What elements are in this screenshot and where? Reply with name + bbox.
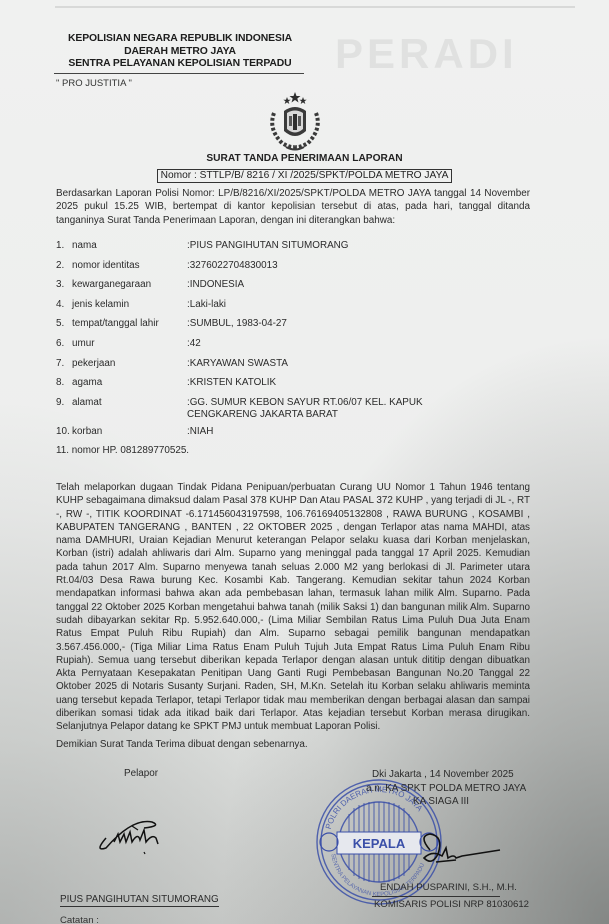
field-row: 8.agama:KRISTEN KATOLIK (56, 377, 556, 397)
document-page: PERADI KEPOLISIAN NEGARA REPUBLIK INDONE… (0, 0, 609, 924)
watermark-showthrough: PERADI (335, 30, 595, 90)
place-date: Dki Jakarta , 14 November 2025 (372, 769, 602, 780)
paper-edge (55, 6, 575, 8)
signatory-position-1: a.n. KA SPKT POLDA METRO JAYA (366, 783, 596, 794)
field-row: 3.kewarganegaraan:INDONESIA (56, 279, 556, 299)
officer-name: ENDAH PUSPARINI, S.H., M.H. (380, 882, 517, 893)
field-row: 6.umur:42 (56, 338, 556, 358)
field-row: 10.korban:NIAH (56, 426, 556, 446)
reporter-signature-icon (92, 812, 178, 858)
field-row: 1.nama:PIUS PANGIHUTAN SITUMORANG (56, 240, 556, 260)
police-emblem-icon (262, 91, 328, 153)
pro-justitia-label: " PRO JUSTITIA " (56, 78, 132, 89)
signatory-position-2: KA SIAGA III (413, 796, 609, 807)
field-row: 5.tempat/tanggal lahir:SUMBUL, 1983-04-2… (56, 318, 556, 338)
incident-narrative: Telah melaporkan dugaan Tindak Pidana Pe… (56, 481, 530, 734)
closing-statement: Demikian Surat Tanda Terima dibuat denga… (56, 739, 308, 750)
field-row: 9.alamat:GG. SUMUR KEBON SAYUR RT.06/07 … (56, 397, 556, 426)
letterhead-divider (54, 73, 304, 74)
letterhead: KEPOLISIAN NEGARA REPUBLIK INDONESIA DAE… (54, 33, 306, 71)
officer-name-underline (372, 896, 500, 897)
reporter-label: Pelapor (124, 768, 158, 779)
phone-number-row: 11. nomor HP. 081289770525. (56, 445, 556, 465)
document-number: Nomor : STTLP/B/ 8216 / XI /2025/SPKT/PO… (157, 169, 453, 183)
field-row: 4.jenis kelamin:Laki-laki (56, 299, 556, 319)
document-title: SURAT TANDA PENERIMAAN LAPORAN (0, 153, 609, 164)
notes-label: Catatan : (60, 915, 99, 924)
intro-paragraph: Berdasarkan Laporan Polisi Nomor: LP/B/8… (56, 187, 530, 227)
letterhead-line-1: KEPOLISIAN NEGARA REPUBLIK INDONESIA (54, 33, 306, 46)
svg-text:KEPALA: KEPALA (353, 836, 406, 851)
reporter-name: PIUS PANGIHUTAN SITUMORANG (60, 894, 219, 907)
letterhead-line-2: DAERAH METRO JAYA (54, 46, 306, 59)
reporter-identity-list: 1.nama:PIUS PANGIHUTAN SITUMORANG 2.nomo… (56, 240, 556, 465)
letterhead-line-3: SENTRA PELAYANAN KEPOLISIAN TERPADU (54, 58, 306, 71)
officer-signature-icon (410, 832, 510, 874)
officer-rank: KOMISARIS POLISI NRP 81030612 (374, 899, 529, 910)
field-row: 7.pekerjaan:KARYAWAN SWASTA (56, 358, 556, 378)
field-row: 2.nomor identitas:3276022704830013 (56, 260, 556, 280)
